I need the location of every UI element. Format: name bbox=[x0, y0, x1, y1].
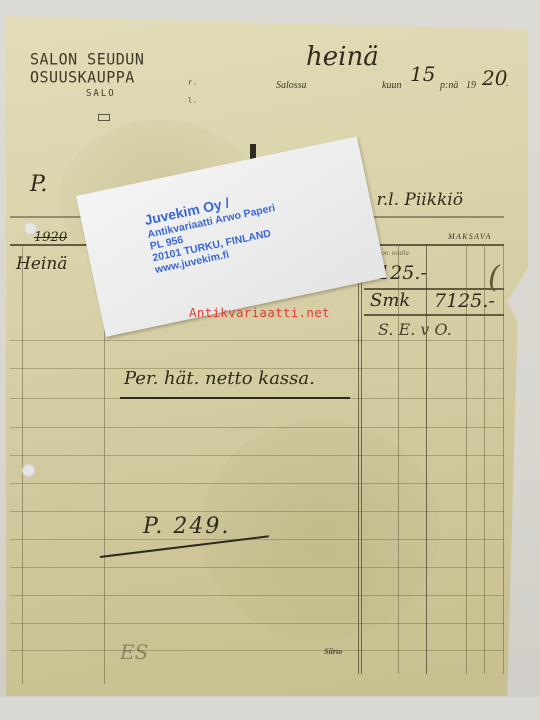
total-amount: 7125.- bbox=[434, 290, 495, 312]
grid-line bbox=[10, 595, 504, 596]
grid-line bbox=[364, 314, 504, 316]
carry-forward-label: Siirto bbox=[324, 647, 342, 656]
day-label: p:nä bbox=[440, 80, 458, 91]
grid-line bbox=[10, 455, 504, 456]
table-surface bbox=[0, 697, 540, 720]
reference-number: P. 249. bbox=[143, 514, 230, 539]
year-printed: 19 bbox=[466, 80, 476, 91]
grid-line bbox=[10, 567, 504, 568]
grid-line bbox=[10, 483, 504, 484]
handwritten-year: 20 bbox=[482, 66, 507, 90]
grid-line bbox=[10, 623, 504, 624]
grid-column bbox=[358, 244, 359, 674]
logo-mark-icon bbox=[98, 114, 110, 121]
watermark: Antikvariaatti.net bbox=[189, 305, 330, 320]
grid-column bbox=[426, 244, 427, 674]
company-name-line1: SALON SEUDUN bbox=[30, 51, 144, 69]
signature-initials: S. E. v O. bbox=[378, 320, 452, 339]
place-prefix: Salossa bbox=[276, 80, 307, 91]
grid-column bbox=[361, 244, 362, 674]
grid-line bbox=[10, 427, 504, 428]
payment-note: Per. hät. netto kassa. bbox=[124, 368, 315, 389]
bracket-mark: ( bbox=[488, 260, 500, 295]
grid-line bbox=[10, 650, 504, 651]
company-name-line2: OSUUSKAUPPA bbox=[30, 69, 144, 87]
grid-line bbox=[10, 539, 504, 540]
card-text: Juvekim Oy / Antikvariaatti Arwo Paperi … bbox=[143, 185, 284, 276]
faint-initials: ES bbox=[120, 640, 148, 664]
grid-line bbox=[10, 511, 504, 512]
entry-month: Heinä bbox=[16, 254, 67, 274]
handwritten-month: heinä bbox=[306, 42, 379, 72]
paper-stain bbox=[200, 420, 440, 640]
entry-year: 1920 bbox=[34, 230, 67, 245]
company-city: SALO bbox=[86, 87, 144, 102]
date-end-mark: . bbox=[506, 78, 509, 89]
company-suffix: r. l. bbox=[188, 74, 197, 110]
letterhead: SALON SEUDUN OSUUSKAUPPA r. l. SALO bbox=[30, 51, 144, 101]
payer-label: MAKSAVA bbox=[448, 232, 492, 241]
grid-column bbox=[22, 244, 23, 684]
handwritten-day: 15 bbox=[410, 62, 435, 86]
grid-line bbox=[10, 340, 504, 341]
punch-hole bbox=[22, 464, 35, 477]
note-underline bbox=[120, 397, 350, 399]
currency-label: Smk bbox=[370, 290, 410, 311]
month-label: kuun bbox=[382, 80, 401, 91]
grid-column bbox=[503, 244, 504, 674]
recipient-handwritten: P. bbox=[30, 172, 47, 197]
